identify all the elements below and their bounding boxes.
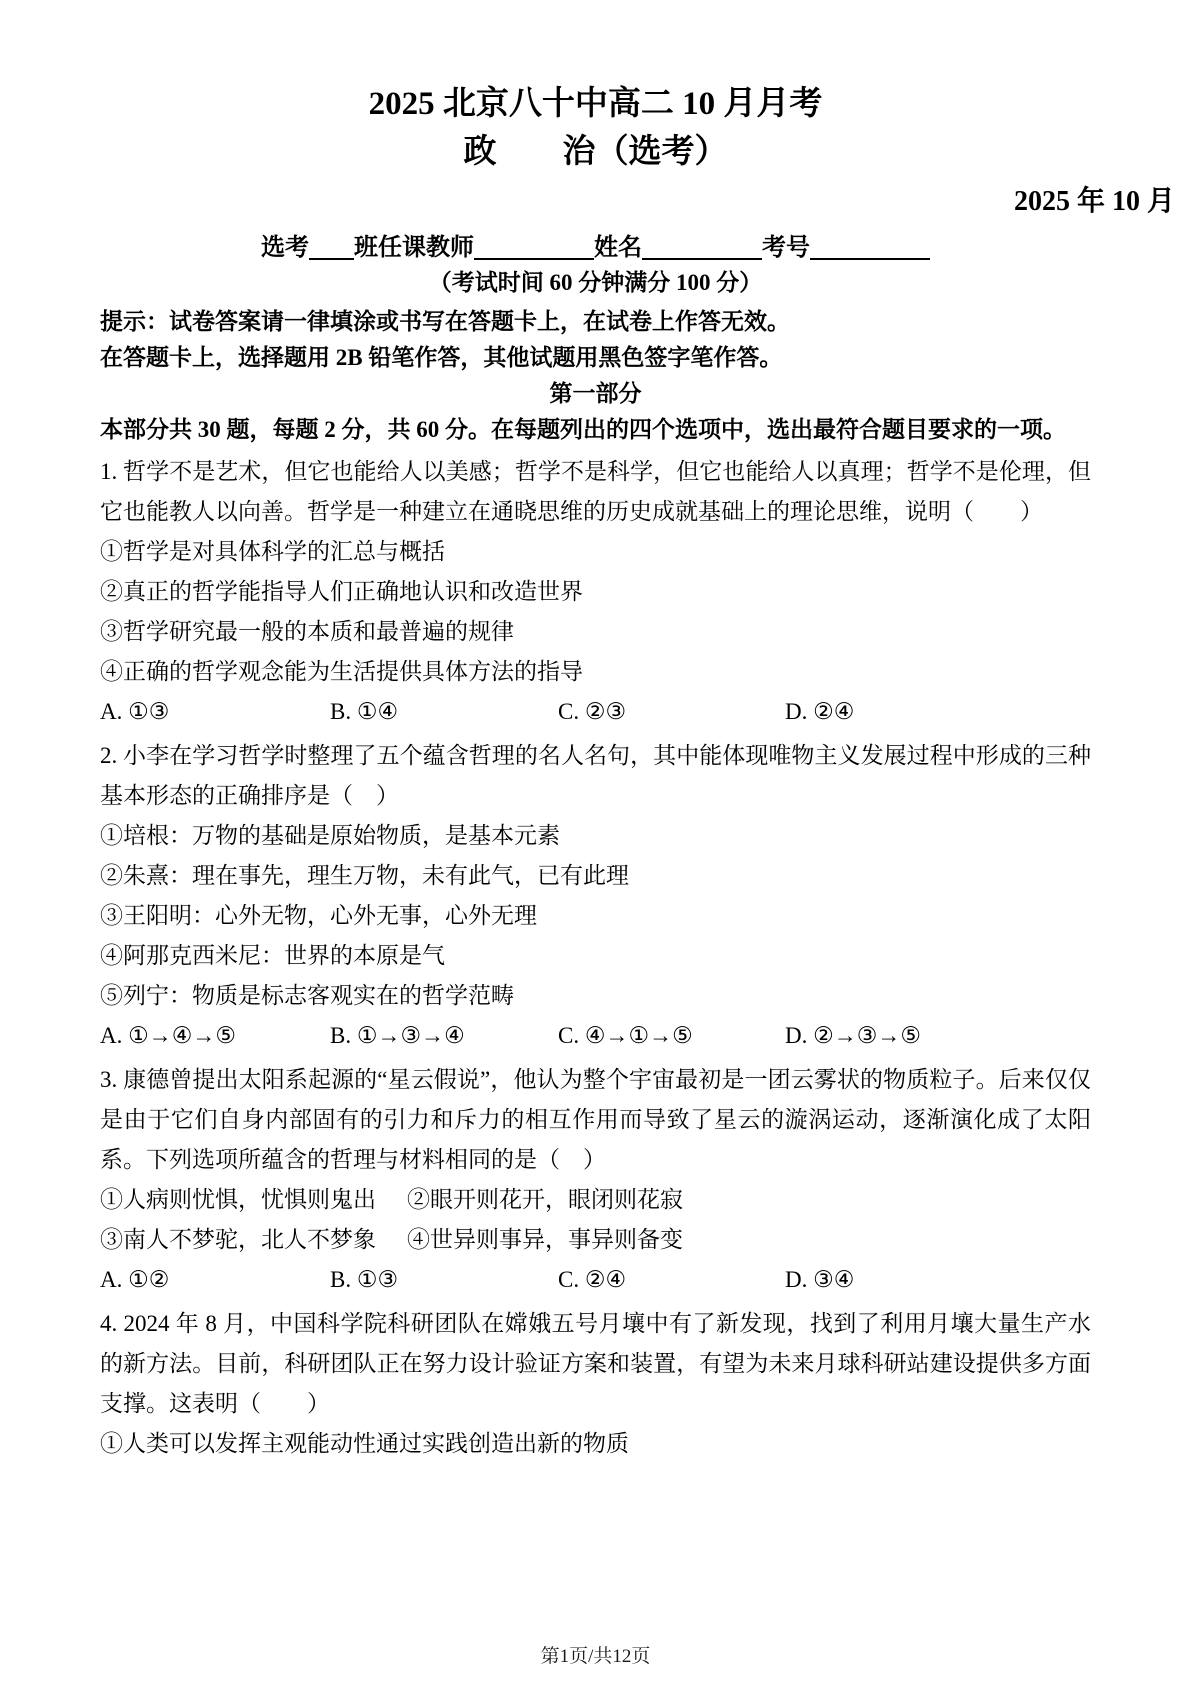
question-2-options: A. ①→④→⑤ B. ①→③→④ C. ④→①→⑤ D. ②→③→⑤ [100, 1016, 1091, 1056]
question-3-option-a: A. ①② [100, 1260, 330, 1300]
question-2-item-4: ④阿那克西米尼：世界的本原是气 [100, 936, 1091, 976]
field-label-elective: 选考 [261, 235, 309, 261]
question-2-option-d: D. ②→③→⑤ [785, 1016, 1091, 1056]
question-3-item-1: ①人病则忧惧，忧惧则鬼出 [100, 1180, 407, 1220]
question-3: 3. 康德曾提出太阳系起源的“星云假说”，他认为整个宇宙最初是一团云雾状的物质粒… [100, 1060, 1091, 1300]
question-3-item-3: ③南人不梦驼，北人不梦象 [100, 1220, 407, 1260]
question-1-option-a: A. ①③ [100, 692, 330, 732]
question-1-option-d: D. ②④ [785, 692, 1091, 732]
question-4-stem: 4. 2024 年 8 月，中国科学院科研团队在嫦娥五号月壤中有了新发现，找到了… [100, 1304, 1091, 1424]
section-title: 第一部分 [100, 376, 1091, 412]
question-1-item-1: ①哲学是对具体科学的汇总与概括 [100, 532, 1091, 572]
question-3-option-d: D. ③④ [785, 1260, 1091, 1300]
elective-blank [309, 232, 354, 260]
question-1-options: A. ①③ B. ①④ C. ②③ D. ②④ [100, 692, 1091, 732]
question-4: 4. 2024 年 8 月，中国科学院科研团队在嫦娥五号月壤中有了新发现，找到了… [100, 1304, 1091, 1464]
question-2-option-b: B. ①→③→④ [330, 1016, 558, 1056]
question-3-items-row-2: ③南人不梦驼，北人不梦象 ④世异则事异，事异则备变 [100, 1220, 1091, 1260]
question-1-stem: 1. 哲学不是艺术，但它也能给人以美感；哲学不是科学，但它也能给人以真理；哲学不… [100, 452, 1091, 532]
question-1-option-c: C. ②③ [558, 692, 785, 732]
question-2-option-a: A. ①→④→⑤ [100, 1016, 330, 1056]
exam-title: 2025 北京八十中高二 10 月月考 [0, 84, 1191, 124]
teacher-blank [474, 232, 594, 260]
notice-line-1: 提示：试卷答案请一律填涂或书写在答题卡上，在试卷上作答无效。 [100, 304, 1091, 340]
question-4-item-1: ①人类可以发挥主观能动性通过实践创造出新的物质 [100, 1424, 1091, 1464]
question-3-options: A. ①② B. ①③ C. ②④ D. ③④ [100, 1260, 1091, 1300]
field-label-exam-number: 考号 [762, 235, 810, 261]
question-1-item-2: ②真正的哲学能指导人们正确地认识和改造世界 [100, 572, 1091, 612]
field-label-teacher: 班任课教师 [354, 235, 474, 261]
question-3-item-4: ④世异则事异，事异则备变 [407, 1220, 1091, 1260]
section-description: 本部分共 30 题，每题 2 分，共 60 分。在每题列出的四个选项中，选出最符… [100, 412, 1091, 448]
exam-subject: 政 治（选考） [0, 132, 1191, 172]
question-1-option-b: B. ①④ [330, 692, 558, 732]
question-2-stem: 2. 小李在学习哲学时整理了五个蕴含哲理的名人名句，其中能体现唯物主义发展过程中… [100, 736, 1091, 816]
question-2-item-3: ③王阳明：心外无物，心外无事，心外无理 [100, 896, 1091, 936]
field-label-name: 姓名 [594, 235, 642, 261]
name-blank [642, 232, 762, 260]
question-3-item-2: ②眼开则花开，眼闭则花寂 [407, 1180, 1091, 1220]
question-3-option-b: B. ①③ [330, 1260, 558, 1300]
question-2-option-c: C. ④→①→⑤ [558, 1016, 785, 1056]
question-2-item-1: ①培根：万物的基础是原始物质，是基本元素 [100, 816, 1091, 856]
question-3-items-row-1: ①人病则忧惧，忧惧则鬼出 ②眼开则花开，眼闭则花寂 [100, 1180, 1091, 1220]
question-1-item-4: ④正确的哲学观念能为生活提供具体方法的指导 [100, 652, 1091, 692]
student-info-line: 选考班任课教师姓名考号 [0, 230, 1191, 266]
question-2: 2. 小李在学习哲学时整理了五个蕴含哲理的名人名句，其中能体现唯物主义发展过程中… [100, 736, 1091, 1056]
question-3-stem: 3. 康德曾提出太阳系起源的“星云假说”，他认为整个宇宙最初是一团云雾状的物质粒… [100, 1060, 1091, 1180]
exam-paper-page: 2025 北京八十中高二 10 月月考 政 治（选考） 2025 年 10 月 … [0, 0, 1191, 1684]
page-number: 第1页/共12页 [0, 1641, 1191, 1668]
question-2-item-2: ②朱熹：理在事先，理生万物，未有此气，已有此理 [100, 856, 1091, 896]
question-1: 1. 哲学不是艺术，但它也能给人以美感；哲学不是科学，但它也能给人以真理；哲学不… [100, 452, 1091, 732]
question-1-item-3: ③哲学研究最一般的本质和最普遍的规律 [100, 612, 1091, 652]
exam-number-blank [810, 232, 930, 260]
exam-duration-score: （考试时间 60 分钟满分 100 分） [0, 266, 1191, 300]
page-body: 提示：试卷答案请一律填涂或书写在答题卡上，在试卷上作答无效。 在答题卡上，选择题… [100, 304, 1091, 1464]
notice-line-2: 在答题卡上，选择题用 2B 铅笔作答，其他试题用黑色签字笔作答。 [100, 340, 1091, 376]
question-2-item-5: ⑤列宁：物质是标志客观实在的哲学范畴 [100, 976, 1091, 1016]
question-3-option-c: C. ②④ [558, 1260, 785, 1300]
exam-date: 2025 年 10 月 [0, 184, 1175, 220]
